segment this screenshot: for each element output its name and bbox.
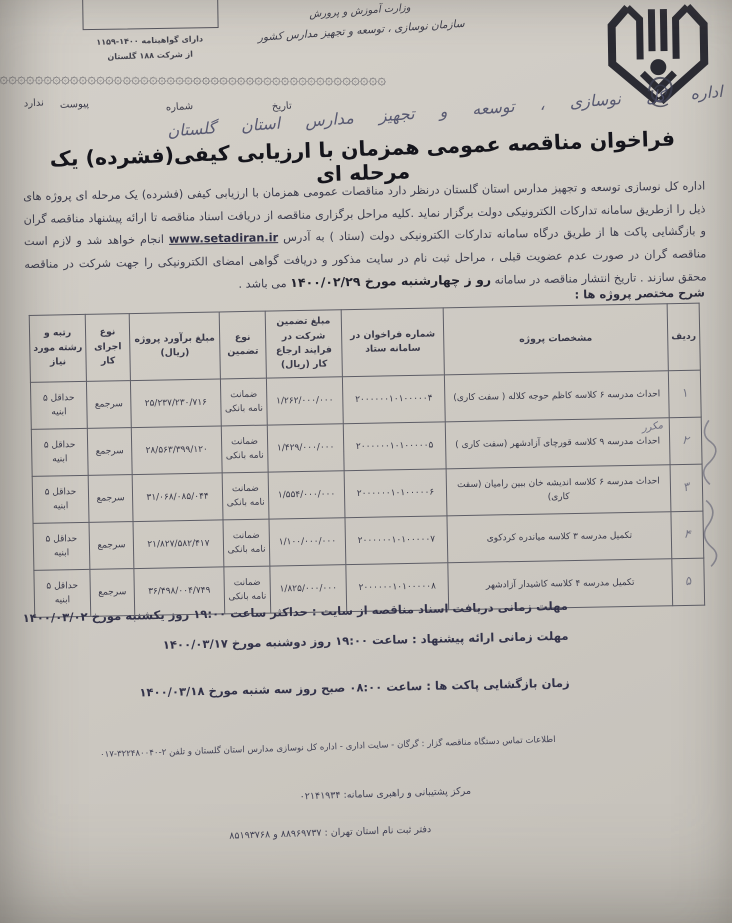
- projects-table: ردیف مشخصات پروژه شماره فراخوان در سامان…: [29, 303, 705, 618]
- attachment-field-label: پیوست: [60, 99, 90, 111]
- number-field-label: شماره: [166, 101, 194, 113]
- handwritten-row-number: ۲: [681, 431, 690, 451]
- handwritten-row-number: ۱: [679, 384, 690, 404]
- deadlines-section: مهلت زمانی دریافت اسناد مناقصه از سایت :…: [22, 599, 569, 702]
- estimate-amount-cell: ۲۵/۲۳۷/۲۳۰/۷۱۶: [130, 379, 221, 428]
- handwritten-row-number: ۴: [683, 525, 692, 545]
- guarantee-amount-cell: ۱/۲۶۲/۰۰۰/۰۰۰: [266, 377, 343, 425]
- intro-text-3: می باشد .: [238, 277, 290, 291]
- guarantee-type-cell: ضمانت نامه بانکی: [222, 472, 269, 520]
- call-number-cell: ۲۰۰۰۰۰۰۱۰۱۰۰۰۰۰۵: [343, 422, 446, 471]
- project-description: احداث مدرسه ۶ کلاسه کاظم حوجه کلاله ( سف…: [453, 389, 660, 403]
- estimate-amount-cell: ۳۱/۰۶۸/۰۸۵/۰۴۴: [132, 473, 223, 522]
- col-header-execution-type: نوع اجرای کار: [85, 314, 130, 382]
- projects-table-body: ۱ احداث مدرسه ۶ کلاسه کاظم حوجه کلاله ( …: [30, 370, 704, 617]
- project-description: تکمیل مدرسه ۴ کلاسه کاشیدار آزادشهر: [486, 578, 635, 591]
- execution-type-cell: سرجمع: [87, 428, 132, 476]
- call-number-cell: ۲۰۰۰۰۰۰۱۰۱۰۰۰۰۰۶: [344, 469, 447, 518]
- call-number-cell: ۲۰۰۰۰۰۰۱۰۱۰۰۰۰۰۷: [345, 516, 448, 565]
- date-field-label: تاریخ: [272, 101, 292, 113]
- col-header-guarantee-type: نوع تضمین: [219, 311, 266, 379]
- handwritten-row-number: ۵: [683, 572, 694, 592]
- col-header-row-number: ردیف: [667, 303, 700, 371]
- guarantee-amount-cell: ۱/۱۰۰/۰۰۰/۰۰۰: [269, 518, 346, 566]
- deadline-envelope-opening: زمان بازگشایی پاکت ها : ساعت ۰۸:۰۰ صبح ر…: [24, 676, 570, 702]
- estimate-amount-cell: ۲۸/۵۶۳/۳۹۹/۱۲۰: [131, 426, 222, 475]
- project-cell: احداث مدرسه ۶ کلاسه کاظم حوجه کلاله ( سف…: [444, 371, 669, 422]
- table-header-row: ردیف مشخصات پروژه شماره فراخوان در سامان…: [29, 303, 700, 382]
- document-content: وزارت آموزش و پرورش سازمان نوسازی ، توسع…: [0, 0, 732, 923]
- row-number-cell: ۱: [668, 370, 701, 418]
- handwritten-margin-scribble: [695, 414, 724, 584]
- ornament-chain: ۞۞۞۞۞۞۞۞۞۞۞۞۞۞۞۞۞۞۞۞۞۞۞۞۞۞۞۞۞۞۞۞۞۞۞۞۞۞۞۞…: [0, 69, 699, 89]
- projects-caption: شرح مختصر پروژه ها :: [574, 285, 704, 301]
- project-description: تکمیل مدرسه ۳ کلاسه میاندره کردکوی: [487, 531, 633, 544]
- project-cell: احداث مدرسه ۶ کلاسه اندیشه خان ببین رامی…: [446, 465, 671, 516]
- contact-info-line: اطلاعات تماس دستگاه مناقصه گزار : گرگان …: [100, 735, 556, 760]
- execution-type-cell: سرجمع: [86, 381, 131, 429]
- support-center-line: مرکز پشتیبانی و راهبری سامانه: ۰۲۱۴۱۹۳۴: [299, 786, 471, 803]
- guarantee-amount-cell: ۱/۵۵۴/۰۰۰/۰۰۰: [268, 471, 345, 519]
- guarantee-type-cell: ضمانت نامه بانکی: [223, 519, 270, 567]
- required-rank-cell: حداقل ۵ ابنیه: [32, 475, 89, 523]
- execution-type-cell: سرجمع: [88, 475, 133, 523]
- estimate-amount-cell: ۲۱/۸۲۷/۵۸۲/۴۱۷: [133, 520, 224, 569]
- attachment-field-value: ندارد: [24, 97, 45, 109]
- tehran-registration-line: دفتر ثبت نام استان تهران : ۸۸۹۶۹۷۳۷ و ۸۵…: [229, 824, 431, 842]
- intro-paragraph: اداره کل نوسازی توسعه و تجهیز مدارس استا…: [23, 175, 707, 299]
- col-header-estimate-amount: مبلغ برآورد پروژه (ریال): [129, 312, 220, 381]
- col-header-project-specs: مشخصات پروژه: [443, 304, 668, 375]
- guarantee-type-cell: ضمانت نامه بانکی: [221, 425, 268, 473]
- project-description: احداث مدرسه ۶ کلاسه اندیشه خان ببین رامی…: [457, 476, 660, 502]
- col-header-call-number: شماره فراخوان در سامانه ستاد: [341, 308, 444, 377]
- scanned-tender-document: وزارت آموزش و پرورش سازمان نوسازی ، توسع…: [0, 0, 732, 923]
- letterhead-ministry-block: وزارت آموزش و پرورش سازمان نوسازی ، توسع…: [232, 0, 490, 45]
- required-rank-cell: حداقل ۵ ابنیه: [30, 381, 87, 429]
- project-cell: تکمیل مدرسه ۳ کلاسه میاندره کردکوی: [447, 512, 672, 563]
- certificate-stamp-text: دارای گواهینامه ۱۴۰۰-۱۱۵۹ از شرکت ۱۸۸ گل…: [52, 30, 247, 67]
- setadiran-url: www.setadiran.ir: [169, 231, 278, 246]
- certificate-stamp-box: [82, 0, 219, 30]
- call-number-cell: ۲۰۰۰۰۰۰۱۰۱۰۰۰۰۰۴: [342, 375, 445, 424]
- handwritten-row-number: ۳: [681, 478, 692, 498]
- guarantee-type-cell: ضمانت نامه بانکی: [220, 378, 267, 426]
- col-header-guarantee-amount: مبلغ تضمین شرکت در فرایند ارجاع کار (ریا…: [265, 310, 342, 378]
- guarantee-amount-cell: ۱/۴۲۹/۰۰۰/۰۰۰: [267, 424, 344, 472]
- required-rank-cell: حداقل ۵ ابنیه: [33, 522, 90, 570]
- project-description: احداث مدرسه ۹ کلاسه قورچای آزادشهر (سفت …: [455, 436, 660, 450]
- publish-date: رو ز چهارشنبه مورخ ۱۴۰۰/۰۲/۲۹: [290, 272, 491, 290]
- execution-type-cell: سرجمع: [89, 522, 134, 570]
- project-cell: مکرراحداث مدرسه ۹ کلاسه قورچای آزادشهر (…: [445, 418, 670, 469]
- required-rank-cell: حداقل ۵ ابنیه: [31, 428, 88, 476]
- col-header-required-rank: رتبه و رشته مورد نیاز: [29, 314, 86, 382]
- handwritten-annotation: مکرر: [641, 418, 664, 437]
- deadline-proposal-submission: مهلت زمانی ارائه پیشنهاد : ساعت ۱۹:۰۰ رو…: [23, 629, 569, 655]
